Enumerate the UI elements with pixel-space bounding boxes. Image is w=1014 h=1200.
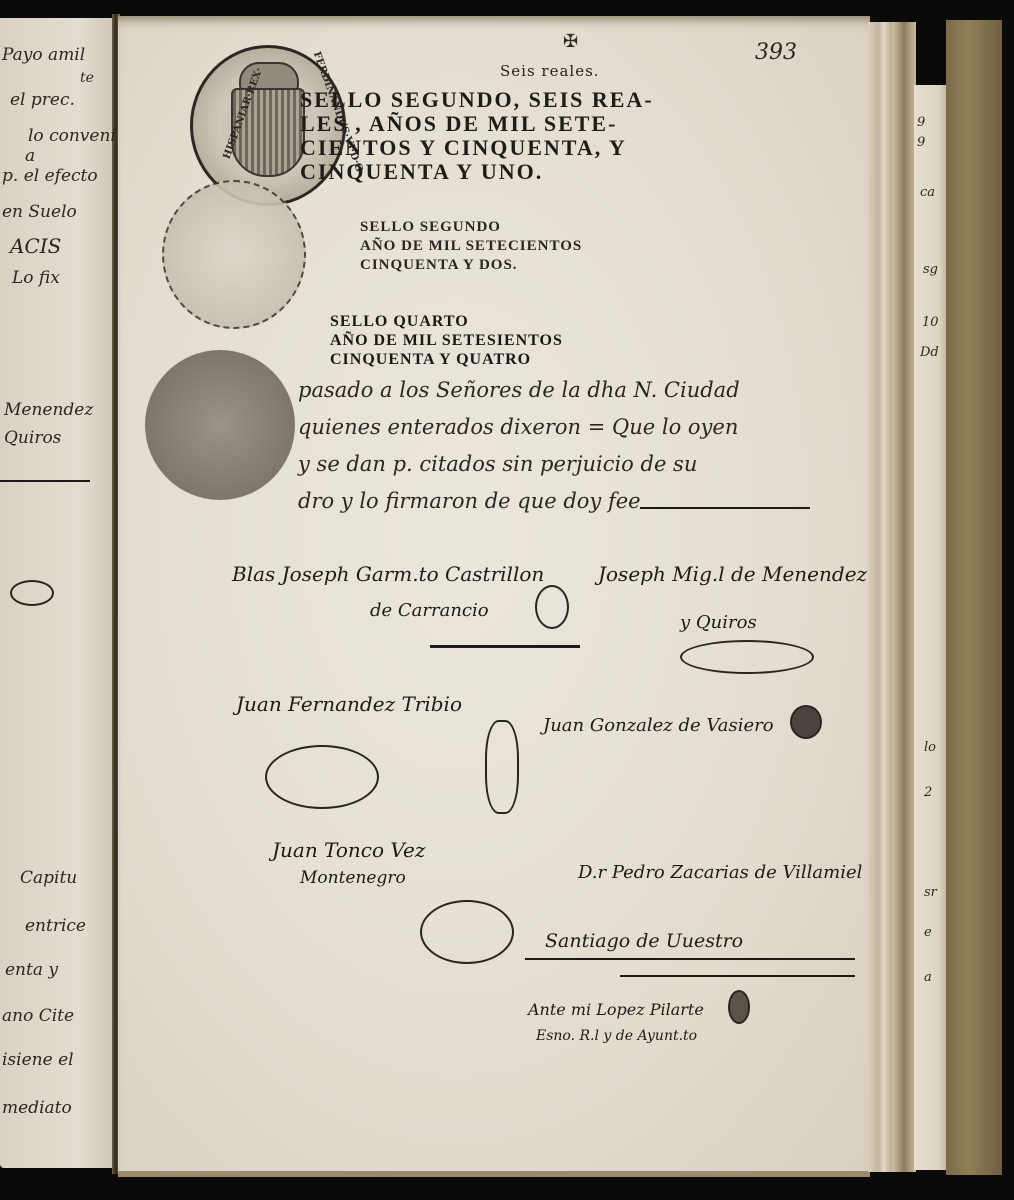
tab-mark: e — [924, 925, 932, 940]
folio-number: 393 — [755, 40, 797, 65]
stamp-tertiary: SELLO QUARTO AÑO DE MIL SETESIENTOS CINQ… — [330, 312, 563, 369]
body-line: quienes enterados dixeron = Que lo oyen — [298, 409, 740, 446]
stamp-line: AÑO DE MIL SETECIENTOS — [360, 237, 582, 256]
tab-mark: 10 — [922, 315, 939, 330]
left-page-line: isiene el — [2, 1050, 74, 1070]
left-page-line: lo conveni — [28, 126, 116, 146]
faded-seal — [162, 180, 306, 329]
stamp-line: SELLO SEGUNDO — [360, 218, 582, 237]
signature-flourish — [680, 640, 814, 674]
left-page-line: enta y — [5, 960, 58, 980]
body-line: pasado a los Señores de la dha N. Ciudad — [298, 372, 740, 409]
left-page-line: ano Cite — [2, 1006, 74, 1026]
stamp-line: AÑO DE MIL SETESIENTOS — [330, 331, 563, 350]
left-page-line: Capitu — [20, 868, 77, 888]
page-edges-dark — [892, 22, 916, 1172]
tab-mark: 9 — [917, 115, 925, 130]
signature-gonzalez: Juan Gonzalez de Vasiero — [543, 715, 774, 736]
notary-rubric — [728, 990, 750, 1024]
signature-zacarias: D.r Pedro Zacarias de Villamiel — [578, 862, 862, 883]
signature-rubric — [430, 645, 580, 648]
stamp-line: CIENTOS Y CINQUENTA, Y — [300, 136, 800, 160]
cross-icon: ✠ — [563, 31, 578, 52]
closing-stroke — [640, 507, 810, 509]
left-page-line: el prec. — [10, 90, 75, 110]
signature-tonco-line2: Montenegro — [300, 868, 406, 888]
left-page-line: te — [80, 70, 94, 86]
left-page-line: Lo fix — [12, 268, 60, 288]
stamp-line: SELLO SEGUNDO, SEIS REA- — [300, 88, 800, 112]
left-page-line: mediato — [2, 1098, 72, 1118]
body-line: dro y lo firmaron de que doy fee — [298, 483, 740, 520]
page-edges — [868, 22, 894, 1172]
dark-seal — [145, 350, 295, 500]
flourish — [10, 580, 54, 606]
signature-flourish — [535, 585, 569, 629]
signature-flourish — [420, 900, 514, 964]
inserted-slip — [914, 85, 950, 1170]
stamp-secondary: SELLO SEGUNDO AÑO DE MIL SETECIENTOS CIN… — [360, 218, 582, 275]
stamp-line: CINQUENTA Y UNO. — [300, 160, 800, 184]
stamp-main: SELLO SEGUNDO, SEIS REA- LES , AÑOS DE M… — [300, 88, 800, 184]
left-page-line: entrice — [25, 916, 86, 936]
signature-rubric — [620, 975, 855, 977]
tab-mark: ca — [920, 185, 935, 200]
left-page-line: Payo amil — [2, 45, 85, 65]
left-page-line: ACIS — [10, 234, 61, 258]
left-page-line: en Suelo — [2, 202, 77, 222]
flourish-stroke — [0, 480, 90, 482]
notary-signature: Ante mi Lopez Pilarte — [528, 1000, 704, 1019]
stamp-line: CINQUENTA Y DOS. — [360, 256, 582, 275]
stamp-price: Seis reales. — [500, 62, 600, 80]
tab-mark: sr — [924, 885, 937, 900]
left-page-line: p. el efecto — [2, 166, 98, 186]
stamp-line: CINQUENTA Y QUATRO — [330, 350, 563, 369]
tab-mark: sg — [923, 262, 938, 277]
vellum-cover — [946, 20, 1002, 1175]
signature-flourish — [265, 745, 379, 809]
signature-flourish — [790, 705, 822, 739]
stamp-line: LES , AÑOS DE MIL SETE- — [300, 112, 800, 136]
stamp-line: SELLO QUARTO — [330, 312, 563, 331]
tab-mark: a — [924, 970, 932, 985]
signature-tonco: Juan Tonco Vez — [272, 838, 425, 862]
signature-fernandez: Juan Fernandez Tribio — [236, 692, 462, 716]
signature-menendez-line2: y Quiros — [680, 612, 757, 633]
notary-title: Esno. R.l y de Ayunt.to — [536, 1028, 697, 1044]
body-text: pasado a los Señores de la dha N. Ciudad… — [298, 372, 740, 520]
signature-rubric — [525, 958, 855, 960]
signature-castrillon: Blas Joseph Garm.to Castrillon — [232, 562, 544, 586]
signature-santiago: Santiago de Uuestro — [545, 930, 743, 952]
left-page-signature: Menendez — [4, 400, 93, 420]
signature-flourish — [485, 720, 519, 814]
left-page-signature: Quiros — [4, 428, 61, 448]
signature-castrillon-line2: de Carrancio — [370, 600, 489, 621]
signature-menendez: Joseph Mig.l de Menendez — [598, 562, 867, 586]
tab-mark: 9 — [917, 135, 925, 150]
tab-mark: lo — [924, 740, 936, 755]
body-line: y se dan p. citados sin perjuicio de su — [298, 446, 740, 483]
tab-mark: Dd — [920, 345, 939, 360]
left-page-line: a — [25, 146, 35, 166]
tab-mark: 2 — [924, 785, 932, 800]
